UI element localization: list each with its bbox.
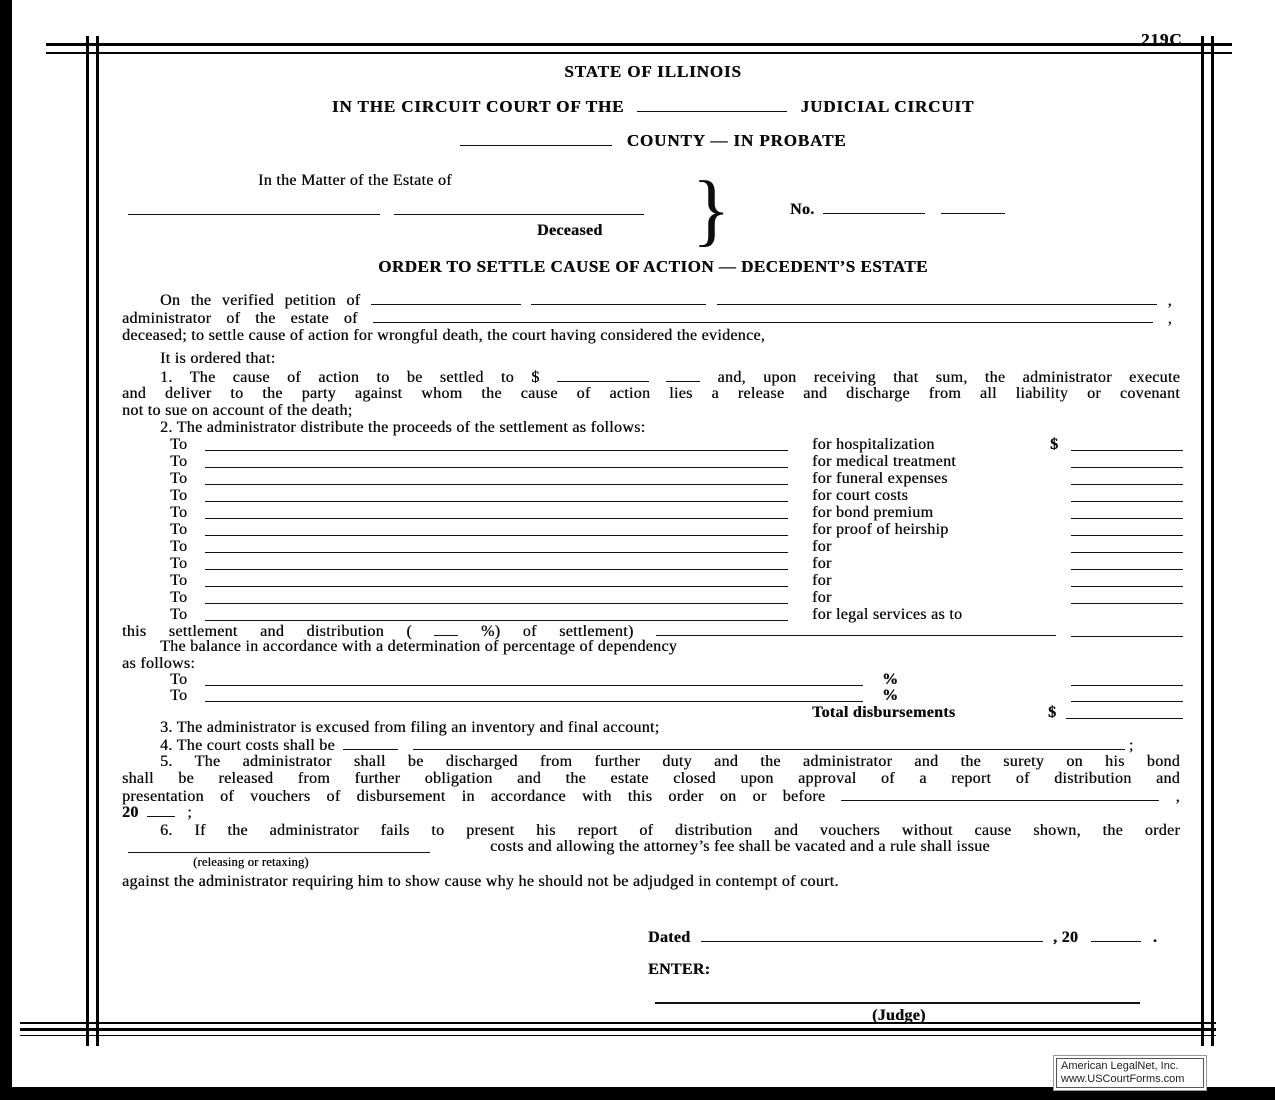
- purpose-label: for medical treatment: [812, 453, 956, 471]
- item5-line3-prefix: presentation of vouchers of disbursement…: [122, 788, 825, 805]
- amount-field[interactable]: [1071, 538, 1183, 553]
- item5-line4: 20 ;: [122, 803, 192, 822]
- decedent-name-field-2[interactable]: [394, 200, 644, 215]
- judge-caption: (Judge): [872, 1007, 926, 1025]
- amount-field[interactable]: [1071, 671, 1183, 686]
- dated-year-field[interactable]: [1091, 928, 1141, 942]
- vendor-company: American LegalNet, Inc.: [1061, 1060, 1199, 1073]
- amount-field[interactable]: [1071, 572, 1183, 587]
- amount-field[interactable]: [1071, 555, 1183, 570]
- purpose-label: for: [812, 555, 832, 573]
- item5-line2: shall be released from further obligatio…: [122, 770, 1180, 788]
- deceased-clause: deceased; to settle cause of action for …: [122, 327, 765, 345]
- amount-field[interactable]: [1071, 589, 1183, 604]
- case-number-line: No.: [790, 200, 1005, 219]
- item4-suffix: ;: [1129, 737, 1134, 754]
- amount-field[interactable]: [1071, 687, 1183, 702]
- purpose-label: for proof of heirship: [812, 521, 949, 539]
- payee-field[interactable]: [205, 572, 788, 587]
- scan-artifact-bottom-strip: [0, 1087, 1275, 1100]
- amount-field[interactable]: [1071, 487, 1183, 502]
- decedent-name-field-1[interactable]: [128, 200, 380, 215]
- petitioner-field-2[interactable]: [531, 291, 706, 305]
- purpose-label: for hospitalization: [812, 436, 935, 454]
- distribution-row: To for: [0, 572, 1275, 589]
- purpose-label: for: [812, 589, 832, 607]
- currency-symbol: $: [1050, 436, 1058, 454]
- dependent-field[interactable]: [205, 671, 863, 686]
- to-label: To: [170, 572, 187, 590]
- payee-field[interactable]: [205, 521, 788, 536]
- dependent-field[interactable]: [205, 687, 863, 702]
- deceased-label: Deceased: [537, 222, 603, 240]
- to-label: To: [170, 555, 187, 573]
- petitioner-field-1[interactable]: [371, 291, 521, 305]
- payee-field[interactable]: [205, 453, 788, 468]
- balance-line1: The balance in accordance with a determi…: [160, 638, 677, 656]
- distribution-row: To for court costs: [0, 487, 1275, 504]
- distribution-row: To for hospitalization $: [0, 436, 1275, 453]
- distribution-row: To for funeral expenses: [0, 470, 1275, 487]
- dated-period: .: [1153, 929, 1157, 946]
- court-costs-field-2[interactable]: [413, 736, 1125, 750]
- dated-year-prefix: , 20: [1053, 929, 1078, 946]
- percent-label: %: [882, 687, 898, 705]
- administrator-prefix: administrator of the estate of: [122, 310, 358, 327]
- border-bottom-thick: [20, 1028, 1216, 1031]
- amount-field[interactable]: [1071, 470, 1183, 485]
- dependency-row: To %: [0, 687, 1275, 704]
- report-date-field[interactable]: [841, 787, 1159, 801]
- estate-name-field[interactable]: [373, 309, 1153, 323]
- settlement-percent-field[interactable]: [434, 622, 458, 636]
- to-label: To: [170, 436, 187, 454]
- payee-field[interactable]: [205, 470, 788, 485]
- ordered-clause: It is ordered that:: [160, 350, 275, 368]
- payee-field[interactable]: [205, 436, 788, 451]
- legal-services-row: To for legal services as to: [0, 606, 1275, 623]
- border-top-thick: [46, 43, 1232, 46]
- payee-field[interactable]: [205, 538, 788, 553]
- vendor-footer-box: American LegalNet, Inc. www.USCourtForms…: [1056, 1058, 1204, 1088]
- distribution-row: To for bond premium: [0, 504, 1275, 521]
- total-amount-field[interactable]: [1066, 704, 1183, 719]
- dependency-row: To %: [0, 671, 1275, 688]
- form-title: ORDER TO SETTLE CAUSE OF ACTION — DECEDE…: [100, 257, 1206, 277]
- item3-line: 3. The administrator is excused from fil…: [160, 719, 659, 737]
- distribution-row: To for: [0, 538, 1275, 555]
- total-label: Total disbursements: [812, 704, 955, 722]
- settlement-amount-field[interactable]: [557, 368, 649, 382]
- item6-line3: against the administrator requiring him …: [122, 873, 839, 891]
- distribution-row: To for medical treatment: [0, 453, 1275, 470]
- border-bottom-hairline: [20, 1035, 1216, 1036]
- distribution-row: To for proof of heirship: [0, 521, 1275, 538]
- case-number-field-1[interactable]: [823, 200, 925, 214]
- distribution-row: To for: [0, 589, 1275, 606]
- item5-line3-comma: ,: [1176, 788, 1180, 805]
- payee-field[interactable]: [205, 589, 788, 604]
- circuit-prefix: IN THE CIRCUIT COURT OF THE: [332, 97, 624, 116]
- payee-field[interactable]: [205, 555, 788, 570]
- case-number-field-2[interactable]: [941, 200, 1005, 214]
- item5-line1: 5. The administrator shall be discharged…: [160, 753, 1180, 771]
- petitioner-field-3[interactable]: [717, 291, 1157, 305]
- petition-prefix: On the verified petition of: [160, 292, 360, 309]
- item1-prefix: 1. The cause of action to be settled to …: [160, 369, 540, 386]
- dated-field[interactable]: [701, 928, 1043, 942]
- caption-brace: }: [692, 168, 730, 252]
- circuit-court-line: IN THE CIRCUIT COURT OF THE JUDICIAL CIR…: [100, 97, 1206, 117]
- county-field[interactable]: [460, 132, 612, 146]
- year-prefix: 20: [122, 804, 139, 821]
- item4-prefix: 4. The court costs shall be: [160, 737, 335, 754]
- purpose-label: for bond premium: [812, 504, 933, 522]
- case-number-label: No.: [790, 201, 814, 218]
- matter-label: In the Matter of the Estate of: [258, 172, 452, 190]
- amount-field[interactable]: [1071, 436, 1183, 451]
- scanned-form-page: 219C STATE OF ILLINOIS IN THE CIRCUIT CO…: [0, 0, 1275, 1100]
- item1-suffix: and, upon receiving that sum, the admini…: [718, 369, 1180, 386]
- payee-field[interactable]: [205, 487, 788, 502]
- amount-field[interactable]: [1071, 453, 1183, 468]
- administrator-comma: ,: [1168, 310, 1172, 327]
- petition-comma: ,: [1168, 292, 1172, 309]
- item6-caption: (releasing or retaxing): [193, 855, 309, 870]
- to-label: To: [170, 487, 187, 505]
- dated-line: Dated , 20 .: [648, 928, 1157, 947]
- to-label: To: [170, 521, 187, 539]
- to-label: To: [170, 589, 187, 607]
- judge-signature-field[interactable]: [655, 988, 1140, 1004]
- payee-field[interactable]: [205, 606, 788, 621]
- border-bottom-thin: [20, 1022, 1216, 1024]
- state-heading: STATE OF ILLINOIS: [100, 62, 1206, 82]
- to-label: To: [170, 470, 187, 488]
- vendor-website: www.USCourtForms.com: [1061, 1073, 1199, 1086]
- distribution-row: To for: [0, 555, 1275, 572]
- purpose-label: for court costs: [812, 487, 908, 505]
- county-line: COUNTY — IN PROBATE: [100, 131, 1206, 151]
- border-top-thin: [46, 52, 1232, 54]
- releasing-retaxing-field[interactable]: [128, 838, 430, 853]
- judicial-circuit-field[interactable]: [637, 98, 787, 112]
- dated-label: Dated: [648, 929, 690, 946]
- to-label: To: [170, 538, 187, 556]
- item5-line4-suffix: ;: [187, 804, 192, 821]
- circuit-suffix: JUDICIAL CIRCUIT: [801, 97, 975, 116]
- court-costs-field-1[interactable]: [343, 736, 398, 750]
- year-field[interactable]: [147, 803, 175, 817]
- item5-line3: presentation of vouchers of disbursement…: [122, 787, 1180, 806]
- to-label: To: [170, 504, 187, 522]
- enter-label: ENTER:: [648, 961, 710, 979]
- settlement-amount-cents-field[interactable]: [666, 368, 700, 382]
- purpose-label: for funeral expenses: [812, 470, 948, 488]
- legal-amount-field[interactable]: [1071, 622, 1183, 637]
- amount-field[interactable]: [1071, 504, 1183, 519]
- county-suffix: COUNTY — IN PROBATE: [627, 131, 847, 150]
- item6-line2: costs and allowing the attorney’s fee sh…: [490, 838, 990, 856]
- item1-line3: not to sue on account of the death;: [122, 402, 352, 420]
- administrator-line: administrator of the estate of ,: [122, 309, 1172, 328]
- payee-field[interactable]: [205, 504, 788, 519]
- to-label: To: [170, 453, 187, 471]
- settlement-extra-field[interactable]: [656, 622, 1056, 636]
- purpose-label: for: [812, 572, 832, 590]
- purpose-label: for: [812, 538, 832, 556]
- item1-line2: and deliver to the party against whom th…: [122, 385, 1180, 403]
- form-number: 219C: [1141, 30, 1182, 50]
- item2-heading: 2. The administrator distribute the proc…: [160, 419, 645, 437]
- to-label: To: [170, 687, 187, 705]
- total-currency-symbol: $: [1048, 704, 1056, 722]
- petition-line: On the verified petition of ,: [160, 291, 1172, 310]
- amount-field[interactable]: [1071, 521, 1183, 536]
